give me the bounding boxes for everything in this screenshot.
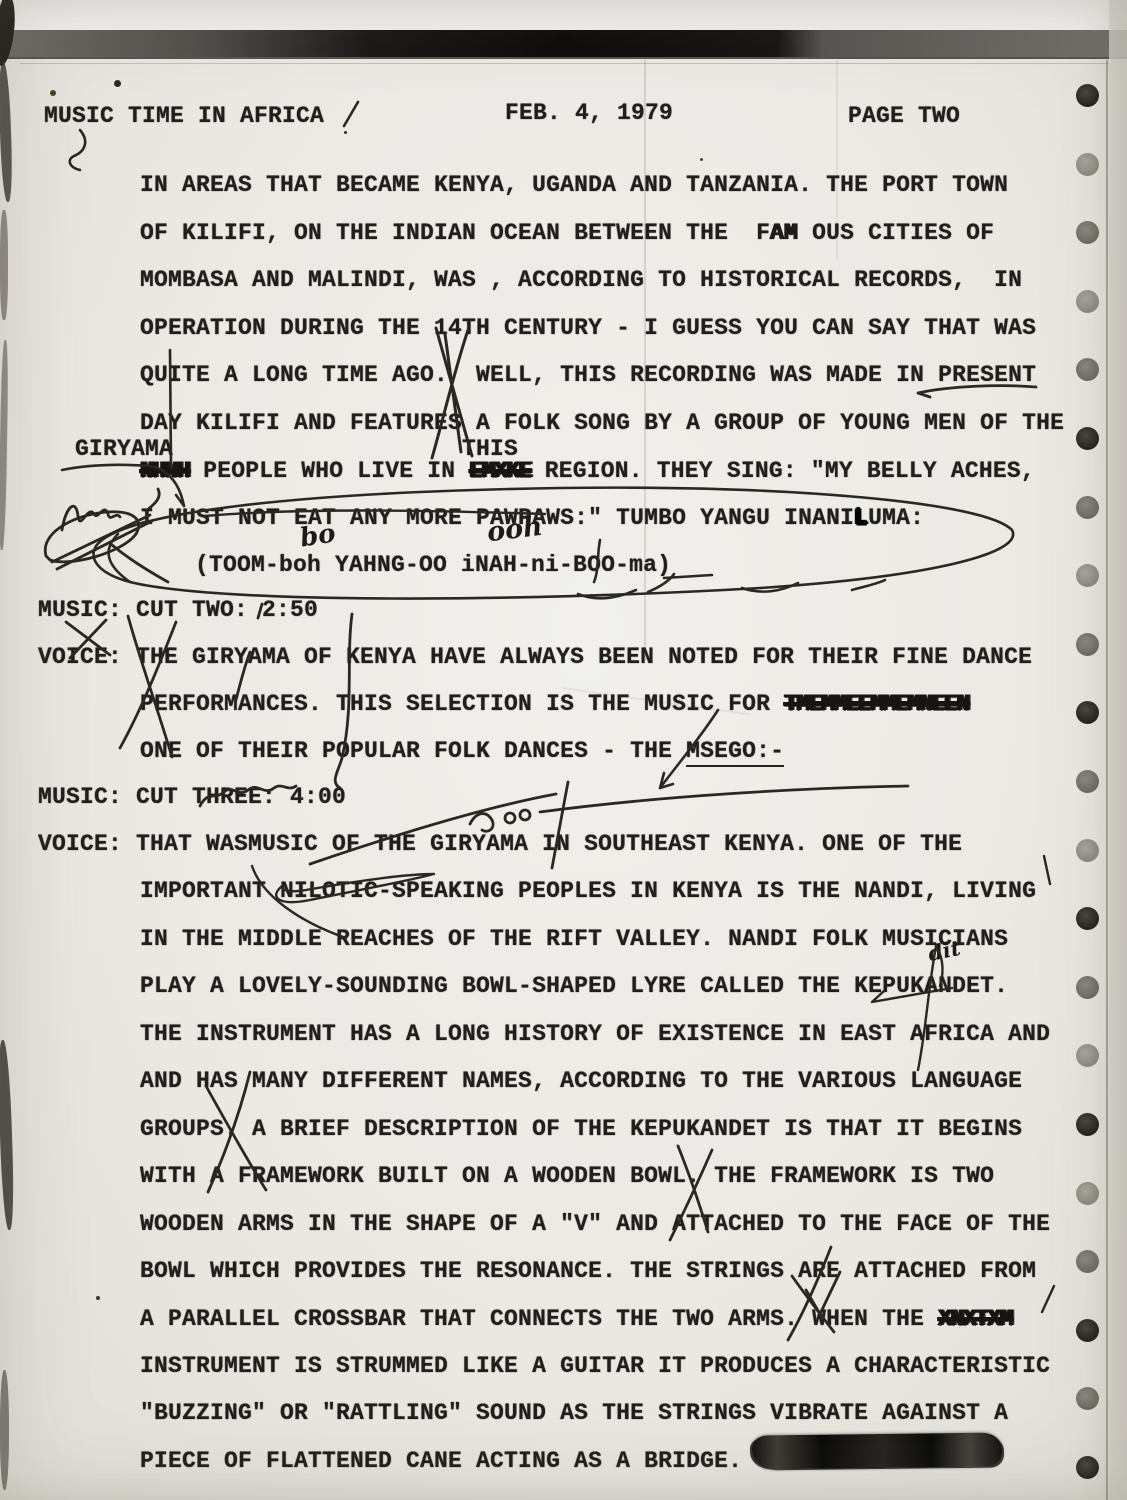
handwritten-pronunciation-note: dit: [926, 935, 963, 966]
left-edge-mark: [0, 1370, 9, 1490]
handwritten-pronunciation-note: ooh: [485, 511, 544, 549]
punch-hole: [1076, 1044, 1099, 1067]
typed-line: IMPORTANT NILOTIC-SPEAKING PEOPLES IN KE…: [140, 878, 1036, 904]
punch-hole: [1076, 1319, 1099, 1342]
left-edge-mark: [0, 1040, 15, 1230]
typed-line: OPERATION DURING THE 14TH CENTURY - I GU…: [140, 315, 1036, 341]
typed-line: IN THE MIDDLE REACHES OF THE RIFT VALLEY…: [140, 926, 1008, 952]
punch-hole: [1076, 84, 1099, 107]
scanner-top-margin: [0, 0, 1127, 30]
left-edge-mark: [0, 210, 8, 320]
left-edge-mark: [0, 340, 9, 550]
typed-line: NHNH PEOPLE WHO LIVE IN EMXKE REGION. TH…: [140, 458, 1035, 484]
punch-hole: [1076, 1113, 1099, 1136]
typed-line: GROUPS. A BRIEF DESCRIPTION OF THE KEPUK…: [140, 1116, 1022, 1142]
typed-line: PLAY A LOVELY-SOUNDING BOWL-SHAPED LYRE …: [140, 973, 1008, 999]
voice-cue: VOICE: THAT WASMUSIC OF THE GIRYAMA IN S…: [38, 831, 962, 857]
scanned-script-page: MUSIC TIME IN AFRICA FEB. 4, 1979 PAGE T…: [0, 0, 1127, 1500]
ink-speck: [344, 131, 347, 134]
punch-hole: [1076, 153, 1099, 176]
scanner-dark-band: [0, 30, 1127, 57]
marks-at-kepukandet: [872, 946, 952, 1070]
punch-hole: [1076, 358, 1099, 381]
typed-line: AND HAS MANY DIFFERENT NAMES, ACCORDING …: [140, 1068, 1022, 1094]
typed-line: OF KILIFI, ON THE INDIAN OCEAN BETWEEN T…: [140, 220, 994, 246]
handwritten-pronunciation-note: bo: [298, 518, 338, 553]
punch-hole: [1076, 564, 1099, 587]
punch-hole: [1076, 770, 1099, 793]
punch-hole: [1076, 1387, 1099, 1410]
punch-hole: [1076, 1182, 1099, 1205]
header-title: MUSIC TIME IN AFRICA: [44, 103, 324, 129]
ink-speck: [114, 80, 121, 87]
typed-line: PERFORMANCES. THIS SELECTION IS THE MUSI…: [140, 691, 969, 717]
punch-hole: [1076, 1456, 1099, 1479]
redaction-mark: [752, 1432, 1002, 1469]
punch-hole: [1076, 221, 1099, 244]
typed-line: (TOOM-boh YAHNG-OO iNAH-ni-BOO-ma): [195, 552, 671, 578]
left-edge-mark: [0, 62, 13, 202]
typed-line: "BUZZING" OR "RATTLING" SOUND AS THE STR…: [140, 1400, 1008, 1426]
punch-hole: [1076, 839, 1099, 862]
typed-line: WOODEN ARMS IN THE SHAPE OF A "V" AND AT…: [140, 1211, 1050, 1237]
typed-line: MOMBASA AND MALINDI, WAS , ACCORDING TO …: [140, 267, 1022, 293]
typed-line: QUITE A LONG TIME AGO. WELL, THIS RECORD…: [140, 362, 1036, 388]
typed-line: IN AREAS THAT BECAME KENYA, UGANDA AND T…: [140, 172, 1008, 198]
music-cue-two: MUSIC: CUT TWO: 2:50: [38, 597, 318, 623]
header-date: FEB. 4, 1979: [505, 100, 673, 126]
punch-hole: [1076, 633, 1099, 656]
music-cue-three: MUSIC: CUT THREE: 4:00: [38, 784, 346, 810]
typed-line: WITH A FRAMEWORK BUILT ON A WOODEN BOWL.…: [140, 1163, 994, 1189]
punch-hole: [1076, 496, 1099, 519]
ink-speck: [700, 158, 703, 161]
typed-line: THE INSTRUMENT HAS A LONG HISTORY OF EXI…: [140, 1021, 1050, 1047]
header-page-number: PAGE TWO: [848, 103, 960, 129]
punch-hole: [1076, 1250, 1099, 1273]
ink-speck: [96, 1296, 100, 1300]
scanner-band-edge: [0, 57, 1127, 59]
voice-cue: VOICE: THE GIRYAMA OF KENYA HAVE ALWAYS …: [38, 644, 1032, 670]
punch-hole: [1076, 701, 1099, 724]
paper-right-edge-line: [1106, 60, 1108, 1500]
cursive-margin-scribble: [45, 489, 168, 582]
typed-line: DAY KILIFI AND FEATURES A FOLK SONG BY A…: [140, 410, 1064, 436]
typed-line: BOWL WHICH PROVIDES THE RESONANCE. THE S…: [140, 1258, 1036, 1284]
punch-hole: [1076, 290, 1099, 313]
paper-right-margin: [1109, 0, 1127, 1500]
punch-hole: [1076, 907, 1099, 930]
typed-line: PIECE OF FLATTENED CANE ACTING AS A BRID…: [140, 1448, 742, 1474]
paper-top-edge: [20, 63, 1110, 64]
punch-hole: [1076, 427, 1099, 450]
typed-line: INSTRUMENT IS STRUMMED LIKE A GUITAR IT …: [140, 1353, 1050, 1379]
right-margin-ticks: [1042, 856, 1054, 1312]
typed-line: A PARALLEL CROSSBAR THAT CONNECTS THE TW…: [140, 1306, 1012, 1332]
ink-speck: [50, 90, 56, 96]
punch-hole: [1076, 976, 1099, 999]
typed-line: ONE OF THEIR POPULAR FOLK DANCES - THE M…: [140, 738, 784, 764]
